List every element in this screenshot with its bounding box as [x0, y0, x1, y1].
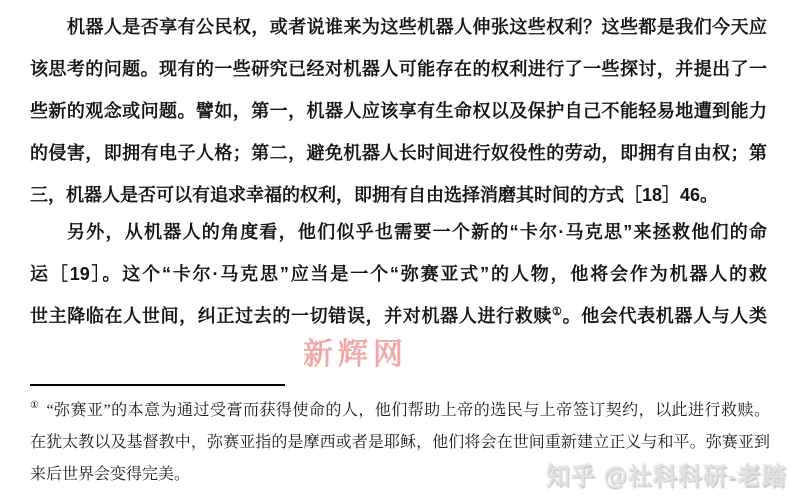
footnote-marker: ① [30, 400, 39, 411]
footnote-line: 在犹太教以及基督教中，弥赛亚指的是摩西或者是耶稣，他们将会在世间重新建立正义与和… [30, 427, 770, 459]
footnote-reference-mark: ① [552, 306, 563, 318]
text-line: 三，机器人是否可以有追求幸福的权利，即拥有自由选择消磨其时间的方式［18］46。 [30, 174, 767, 216]
text-line: 另外，从机器人的角度看，他们似乎也需要一个新的“卡尔·马克思”来拯救他们的命 [30, 211, 767, 253]
text-line: 机器人是否享有公民权，或者说谁来为这些机器人伸张这些权利？这些都是我们今天应 [30, 6, 767, 48]
footnote-line: ①“弥赛亚”的本意为通过受膏而获得使命的人，他们帮助上帝的选民与上帝签订契约，以… [30, 395, 770, 427]
paragraph-robot-rights: 机器人是否享有公民权，或者说谁来为这些机器人伸张这些权利？这些都是我们今天应 该… [30, 6, 767, 216]
text-line: 运［19］。这个“卡尔·马克思”应当是一个“弥赛亚式”的人物，他将会作为机器人的… [30, 253, 767, 295]
watermark-xinhuiwang: 新辉网 [303, 329, 408, 373]
text-segment: 世主降临在人世间，纠正过去的一切错误，并对机器人进行救赎 [30, 306, 552, 326]
text-line: 的侵害，即拥有电子人格；第二，避免机器人长时间进行奴役性的劳动，即拥有自由权；第 [30, 132, 767, 174]
document-page: 机器人是否享有公民权，或者说谁来为这些机器人伸张这些权利？这些都是我们今天应 该… [0, 0, 797, 500]
text-line: 些新的观念或问题。譬如，第一，机器人应该享有生命权以及保护自己不能轻易地遭到能力 [30, 90, 767, 132]
watermark-zhihu-author: 知乎 @社科科研-老踏 [546, 456, 787, 491]
footnote-separator-rule [30, 384, 285, 386]
footnote-text-segment: “弥赛亚”的本意为通过受膏而获得使命的人，他们帮助上帝的选民与上帝签订契约，以此… [46, 402, 770, 419]
paragraph-robot-messiah: 另外，从机器人的角度看，他们似乎也需要一个新的“卡尔·马克思”来拯救他们的命 运… [30, 211, 767, 337]
text-segment: 。他会代表机器人与人类 [563, 306, 767, 326]
text-line: 该思考的问题。现有的一些研究已经对机器人可能存在的权利进行了一些探讨，并提出了一 [30, 48, 767, 90]
